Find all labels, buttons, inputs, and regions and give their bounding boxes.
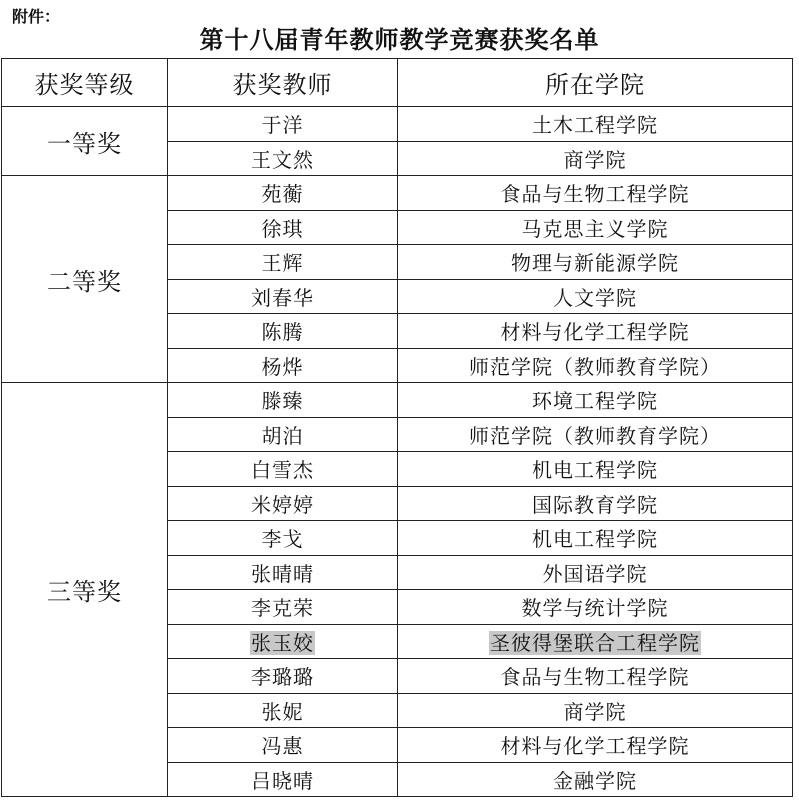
document-title: 第十八届青年教师教学竞赛获奖名单	[0, 24, 799, 56]
college-cell: 食品与生物工程学院	[398, 176, 793, 211]
college-cell: 圣彼得堡联合工程学院	[398, 624, 793, 659]
teacher-cell: 李戈	[168, 521, 398, 556]
college-cell: 数学与统计学院	[398, 590, 793, 625]
table-row: 一等奖于洋土木工程学院	[2, 107, 793, 142]
teacher-cell: 苑蘅	[168, 176, 398, 211]
award-level-cell: 三等奖	[2, 383, 168, 797]
college-cell: 师范学院（教师教育学院）	[398, 417, 793, 452]
college-cell: 商学院	[398, 693, 793, 728]
highlighted-college-text: 圣彼得堡联合工程学院	[489, 631, 701, 655]
highlighted-teacher-text: 张玉姣	[250, 631, 315, 655]
teacher-cell: 吕晓晴	[168, 762, 398, 797]
college-cell: 人文学院	[398, 279, 793, 314]
teacher-cell: 张玉姣	[168, 624, 398, 659]
table-row: 三等奖滕臻环境工程学院	[2, 383, 793, 418]
header-college: 所在学院	[398, 59, 793, 107]
award-level-cell: 二等奖	[2, 176, 168, 383]
teacher-cell: 张晴晴	[168, 555, 398, 590]
college-cell: 机电工程学院	[398, 452, 793, 487]
teacher-cell: 白雪杰	[168, 452, 398, 487]
teacher-cell: 刘春华	[168, 279, 398, 314]
college-cell: 国际教育学院	[398, 486, 793, 521]
teacher-cell: 杨烨	[168, 348, 398, 383]
college-cell: 材料与化学工程学院	[398, 314, 793, 349]
college-cell: 金融学院	[398, 762, 793, 797]
teacher-cell: 于洋	[168, 107, 398, 142]
teacher-cell: 米婷婷	[168, 486, 398, 521]
college-cell: 师范学院（教师教育学院）	[398, 348, 793, 383]
table-row: 二等奖苑蘅食品与生物工程学院	[2, 176, 793, 211]
teacher-cell: 李克荣	[168, 590, 398, 625]
award-table: 获奖等级 获奖教师 所在学院 一等奖于洋土木工程学院王文然商学院二等奖苑蘅食品与…	[1, 58, 793, 797]
college-cell: 马克思主义学院	[398, 210, 793, 245]
college-cell: 土木工程学院	[398, 107, 793, 142]
header-award-level: 获奖等级	[2, 59, 168, 107]
teacher-cell: 冯惠	[168, 728, 398, 763]
teacher-cell: 王辉	[168, 245, 398, 280]
college-cell: 商学院	[398, 141, 793, 176]
college-cell: 食品与生物工程学院	[398, 659, 793, 694]
college-cell: 材料与化学工程学院	[398, 728, 793, 763]
teacher-cell: 胡泊	[168, 417, 398, 452]
header-teacher: 获奖教师	[168, 59, 398, 107]
teacher-cell: 张妮	[168, 693, 398, 728]
award-level-cell: 一等奖	[2, 107, 168, 176]
college-cell: 机电工程学院	[398, 521, 793, 556]
teacher-cell: 李璐璐	[168, 659, 398, 694]
college-cell: 外国语学院	[398, 555, 793, 590]
teacher-cell: 徐琪	[168, 210, 398, 245]
teacher-cell: 陈腾	[168, 314, 398, 349]
header-row: 获奖等级 获奖教师 所在学院	[2, 59, 793, 107]
teacher-cell: 王文然	[168, 141, 398, 176]
college-cell: 物理与新能源学院	[398, 245, 793, 280]
teacher-cell: 滕臻	[168, 383, 398, 418]
college-cell: 环境工程学院	[398, 383, 793, 418]
